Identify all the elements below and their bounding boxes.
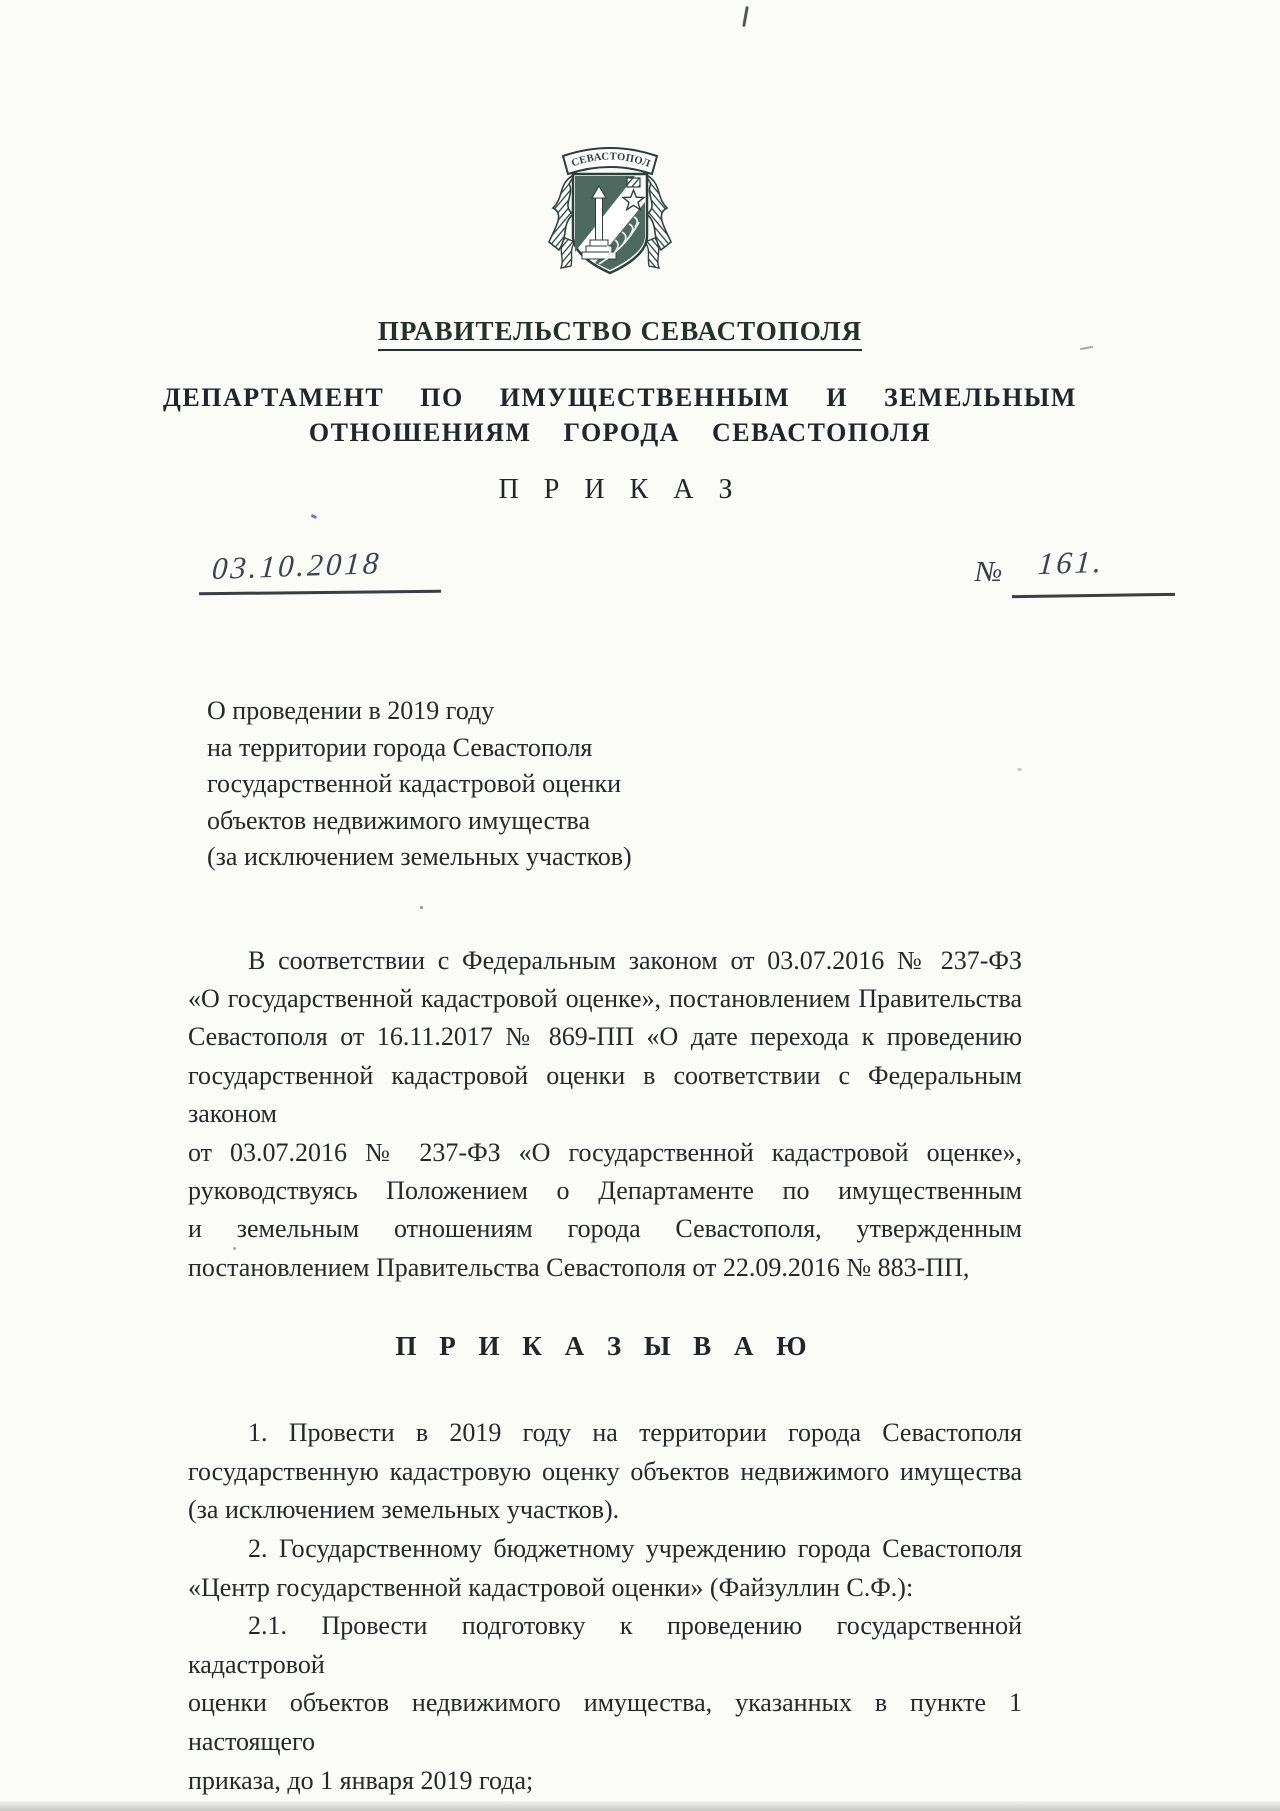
order-subject: О проведении в 2019 году на территории г… bbox=[207, 693, 1022, 876]
order-preamble: В соответствии с Федеральным законом от … bbox=[188, 942, 1022, 1288]
sevastopol-coat-of-arms: СЕВАСТОПОЛЬ bbox=[535, 138, 685, 298]
scan-speck bbox=[233, 1247, 236, 1250]
item-line: «Центр государственной кадастровой оценк… bbox=[188, 1569, 1022, 1608]
item-line: (за исключением земельных участков). bbox=[188, 1491, 1022, 1530]
department-line1: ДЕПАРТАМЕНТ ПО ИМУЩЕСТВЕННЫМ И ЗЕМЕЛЬНЫМ bbox=[20, 380, 1220, 415]
department-line2: ОТНОШЕНИЯМ ГОРОДА СЕВАСТОПОЛЯ bbox=[20, 415, 1220, 450]
document-body: О проведении в 2019 году на территории г… bbox=[188, 693, 1022, 1800]
subject-line: на территории города Севастополя bbox=[207, 730, 1022, 767]
coat-of-arms-icon: СЕВАСТОПОЛЬ bbox=[535, 138, 685, 298]
order-items: 1. Провести в 2019 году на территории го… bbox=[188, 1414, 1022, 1800]
handwritten-date: 03.10.2018 bbox=[211, 545, 383, 587]
document-type-label: П Р И К А З bbox=[0, 474, 1240, 506]
pen-stroke-artifact bbox=[742, 6, 748, 27]
ink-speck-artifact bbox=[311, 514, 317, 519]
number-sign: № bbox=[975, 556, 1002, 589]
preamble-line: В соответствии с Федеральным законом от … bbox=[188, 942, 1022, 980]
item-line: приказа, до 1 января 2019 года; bbox=[188, 1762, 1022, 1801]
laurel-ribbon-left bbox=[549, 174, 575, 268]
handwritten-number: 161. bbox=[1037, 544, 1106, 582]
scanned-order-page: СЕВАСТОПОЛЬ bbox=[0, 0, 1280, 1811]
laurel-ribbon-right bbox=[645, 174, 671, 268]
subject-line: государственной кадастровой оценки bbox=[207, 766, 1022, 803]
scan-speck bbox=[420, 906, 423, 909]
government-title-text: ПРАВИТЕЛЬСТВО СЕВАСТОПОЛЯ bbox=[378, 316, 862, 351]
subject-line: О проведении в 2019 году bbox=[207, 693, 1022, 730]
preamble-line: и земельным отношениям города Севастопол… bbox=[188, 1210, 1022, 1248]
number-underline bbox=[1012, 593, 1175, 598]
item-line: 2. Государственному бюджетному учреждени… bbox=[188, 1530, 1022, 1569]
scan-speck bbox=[1017, 768, 1022, 771]
preamble-line: «О государственной кадастровой оценке», … bbox=[188, 980, 1022, 1018]
item-line: оценки объектов недвижимого имущества, у… bbox=[188, 1684, 1022, 1761]
order-item-2: 2. Государственному бюджетному учреждени… bbox=[188, 1530, 1022, 1607]
preamble-line: постановлением Правительства Севастополя… bbox=[188, 1249, 1022, 1287]
date-underline bbox=[199, 590, 441, 595]
order-item-2-1: 2.1. Провести подготовку к проведению го… bbox=[188, 1607, 1022, 1800]
item-line: 2.1. Провести подготовку к проведению го… bbox=[188, 1607, 1022, 1684]
order-item-1: 1. Провести в 2019 году на территории го… bbox=[188, 1414, 1022, 1530]
preamble-line: государственной кадастровой оценки в соо… bbox=[188, 1057, 1022, 1134]
preamble-line: руководствуясь Положением о Департаменте… bbox=[188, 1172, 1022, 1210]
preamble-line: от 03.07.2016 № 237-ФЗ «О государственно… bbox=[188, 1134, 1022, 1172]
scan-bottom-edge bbox=[0, 1801, 1280, 1811]
preamble-line: Севастополя от 16.11.2017 № 869-ПП «О да… bbox=[188, 1018, 1022, 1056]
item-line: государственную кадастровую оценку объек… bbox=[188, 1453, 1022, 1492]
page-title-government: ПРАВИТЕЛЬСТВО СЕВАСТОПОЛЯ bbox=[0, 316, 1240, 347]
item-line: 1. Провести в 2019 году на территории го… bbox=[188, 1414, 1022, 1453]
department-title: ДЕПАРТАМЕНТ ПО ИМУЩЕСТВЕННЫМ И ЗЕМЕЛЬНЫМ… bbox=[20, 380, 1220, 450]
order-verb-heading: П Р И К А З Ы В А Ю bbox=[188, 1331, 1022, 1362]
subject-line: объектов недвижимого имущества bbox=[207, 803, 1022, 840]
subject-line: (за исключением земельных участков) bbox=[207, 839, 1022, 876]
